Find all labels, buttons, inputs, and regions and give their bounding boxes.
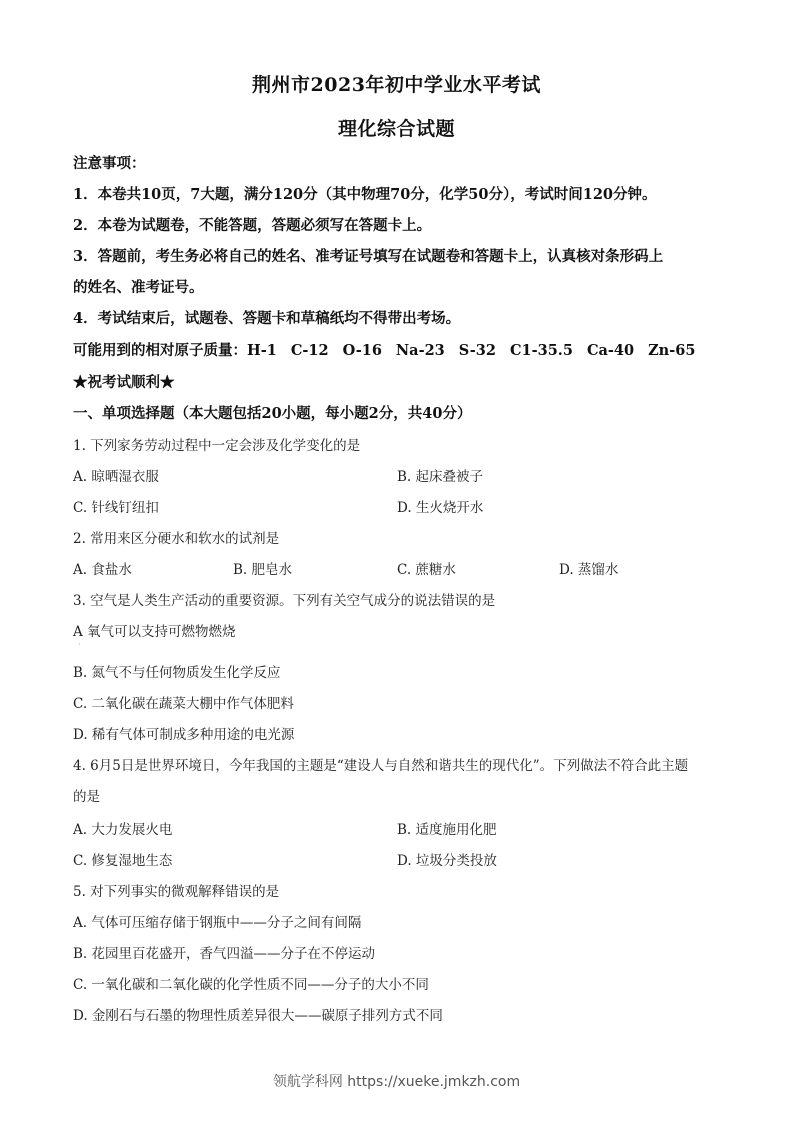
atomic-masses: 可能用到的相对原子质量：H-1C-12O-16Na-23S-32C1-35.5C…	[73, 339, 695, 360]
notice-item-4: 4．考试结束后，试题卷、答题卡和草稿纸均不得带出考场。	[73, 307, 460, 328]
question-4-option-d: D. 垃圾分类投放	[397, 849, 497, 869]
question-1-option-d: D. 生火烧开水	[397, 496, 483, 516]
question-4-stem-cont: 的是	[73, 785, 100, 805]
question-5-option-c: C. 一氧化碳和二氧化碳的化学性质不同——分子的大小不同	[73, 973, 429, 993]
question-1-stem: 1. 下列家务劳动过程中一定会涉及化学变化的是	[73, 434, 360, 454]
notice-item-3: 3．答题前，考生务必将自己的姓名、准考证号填写在试题卷和答题卡上，认真核对条形码…	[73, 245, 663, 266]
question-5-option-b: B. 花园里百花盛开，香气四溢——分子在不停运动	[73, 942, 375, 962]
question-5-option-a: A. 气体可压缩存储于钢瓶中——分子之间有间隔	[73, 911, 361, 931]
exam-title: 荆州市2023年初中学业水平考试	[0, 70, 793, 97]
notice-item-3-cont: 的姓名、准考证号。	[73, 276, 204, 297]
question-3-option-d: D. 稀有气体可制成多种用途的电光源	[73, 723, 294, 743]
question-1-option-a: A. 晾晒湿衣服	[73, 465, 159, 485]
atomic-mass-zn: Zn-65	[648, 342, 695, 359]
section-heading: 一、单项选择题（本大题包括20小题，每小题2分，共40分）	[73, 402, 471, 423]
question-2-stem: 2. 常用来区分硬水和软水的试剂是	[73, 527, 279, 547]
atomic-mass-ca: Ca-40	[587, 342, 634, 359]
footer-watermark: 领航学科网 https://xueke.jmkzh.com	[0, 1071, 793, 1091]
atomic-mass-h: H-1	[247, 342, 277, 359]
notice-item-2: 2．本卷为试题卷，不能答题，答题必须写在答题卡上。	[73, 214, 431, 235]
blessing: ★祝考试顺利★	[73, 371, 175, 392]
question-2-option-b: B. 肥皂水	[233, 558, 292, 578]
atomic-mass-na: Na-23	[396, 342, 445, 359]
question-2-option-a: A. 食盐水	[73, 558, 132, 578]
atomic-masses-label: 可能用到的相对原子质量：	[73, 342, 247, 359]
question-1-option-b: B. 起床叠被子	[397, 465, 483, 485]
question-3-stem: 3. 空气是人类生产活动的重要资源。下列有关空气成分的说法错误的是	[73, 589, 495, 609]
question-3-option-b: B. 氮气不与任何物质发生化学反应	[73, 661, 281, 681]
question-2-option-c: C. 蔗糖水	[397, 558, 456, 578]
question-2-option-d: D. 蒸馏水	[559, 558, 618, 578]
atomic-mass-c: C-12	[291, 342, 329, 359]
atomic-mass-o: O-16	[343, 342, 382, 359]
atomic-mass-s: S-32	[459, 342, 496, 359]
question-4-option-b: B. 适度施用化肥	[397, 818, 497, 838]
question-1-option-c: C. 针线钉纽扣	[73, 496, 159, 516]
question-4-option-a: A. 大力发展火电	[73, 818, 172, 838]
question-4-stem: 4. 6月5日是世界环境日，今年我国的主题是“建设人与自然和谐共生的现代化”。下…	[73, 754, 688, 774]
question-4-option-c: C. 修复湿地生态	[73, 849, 172, 869]
notice-item-1: 1．本卷共10页，7大题，满分120分（其中物理70分，化学50分），考试时间1…	[73, 183, 657, 204]
question-3-option-c: C. 二氧化碳在蔬菜大棚中作气体肥料	[73, 692, 294, 712]
question-5-stem: 5. 对下列事实的微观解释错误的是	[73, 880, 279, 900]
question-5-option-d: D. 金刚石与石墨的物理性质差异很大——碳原子排列方式不同	[73, 1004, 443, 1024]
exam-subtitle: 理化综合试题	[0, 114, 793, 141]
atomic-mass-cl: C1-35.5	[510, 342, 573, 359]
stray-dot: ·	[78, 640, 81, 649]
question-3-option-a: A 氧气可以支持可燃物燃烧	[73, 620, 236, 640]
notice-heading: 注意事项：	[73, 152, 146, 173]
